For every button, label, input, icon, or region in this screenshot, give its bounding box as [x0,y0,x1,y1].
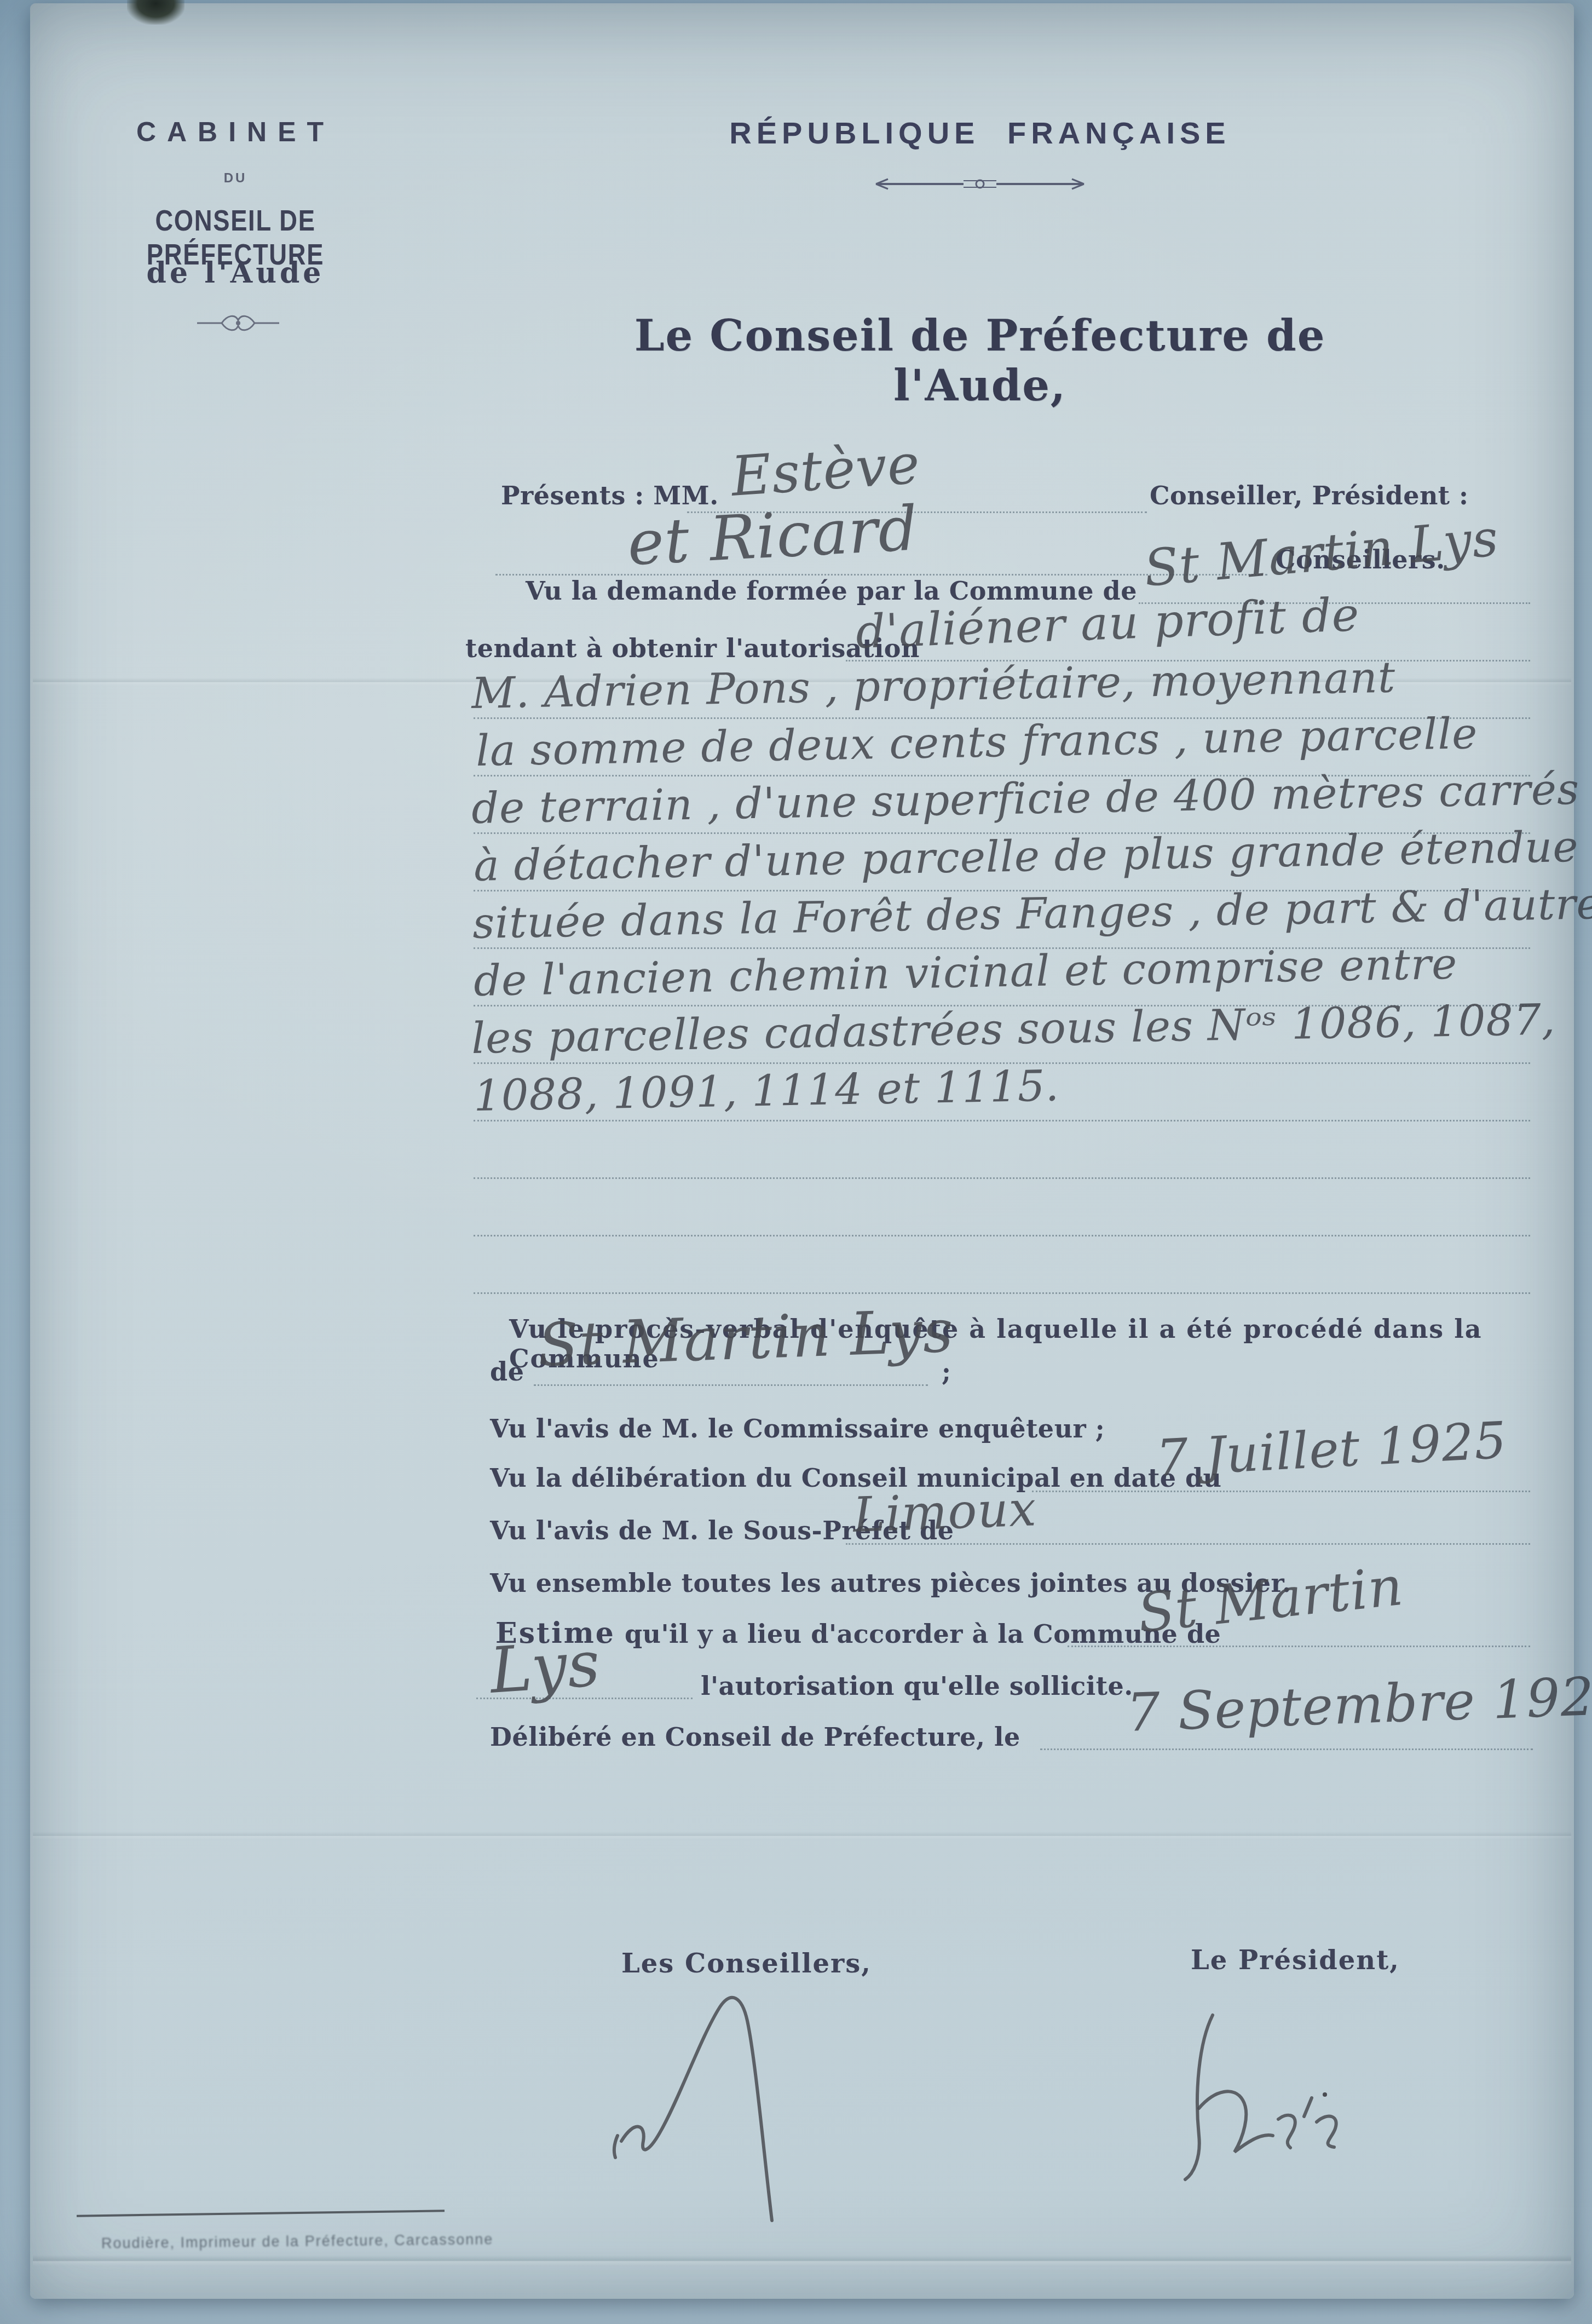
estime-rest: qu'il y a lieu d'accorder à la Commune d… [625,1619,1221,1649]
doc-title: Le Conseil de Préfecture de l'Aude, [575,311,1385,411]
delibere-date-rule [1040,1748,1533,1750]
conseillers-signature-label: Les Conseillers, [621,1948,872,1979]
clause-estime: Estime qu'il y a lieu d'accorder à la Co… [495,1617,1221,1650]
president-signature-label: Le Président, [1191,1945,1400,1976]
clause-sous-prefet-rule [846,1543,1530,1545]
body-handwritten-line: 1088, 1091, 1114 et 1115. [473,1061,1059,1121]
masthead-divider-ornament [870,174,1089,194]
photo-of-document: CABINET DU CONSEIL DE PRÉFECTURE de l'Au… [0,0,1592,2324]
paper-crease [33,1832,1571,1839]
clause-avis-commissaire: Vu l'avis de M. le Commissaire enquêteur… [490,1414,1105,1443]
clause-commune-punct: ; [942,1357,951,1387]
letterhead-de-laude: de l'Aude [71,256,400,290]
estime-commune-rule [1068,1646,1530,1647]
sous-prefet-handwritten: Limoux [852,1480,1037,1543]
clause-commune-handwritten: St Martin Lys [537,1297,955,1380]
letterhead-du: DU [71,171,400,186]
petition-line2-printed: tendant à obtenir l'autorisation [465,634,920,663]
body-rule-empty [474,1292,1530,1294]
conseillers-signature [591,1988,898,2223]
letterhead-flourish-ornament [194,309,282,337]
paper-bottom-fold-shadow [33,2255,1571,2266]
paper-tear-mark [127,0,184,25]
clause-commune-rule [534,1384,928,1386]
masthead-republique-francaise: RÉPUBLIQUE FRANÇAISE [651,115,1308,151]
estime-commune-handwritten-2: Lys [488,1627,603,1708]
letterhead-cabinet: CABINET [71,116,400,148]
body-rule-empty [474,1235,1530,1236]
president-signature [1161,1982,1391,2190]
conseiller-name-handwritten: et Ricard [626,493,920,579]
clause-deliberation-rule [1032,1491,1530,1492]
president-role-label: Conseiller, Président : [1150,481,1469,510]
body-rule-empty [474,1177,1530,1179]
body-rule [474,1120,1530,1121]
clause-delibere: Délibéré en Conseil de Préfecture, le [490,1722,1020,1752]
clause-autorisation: l'autorisation qu'elle sollicite. [701,1671,1133,1701]
clause-de-label: de [490,1357,524,1387]
